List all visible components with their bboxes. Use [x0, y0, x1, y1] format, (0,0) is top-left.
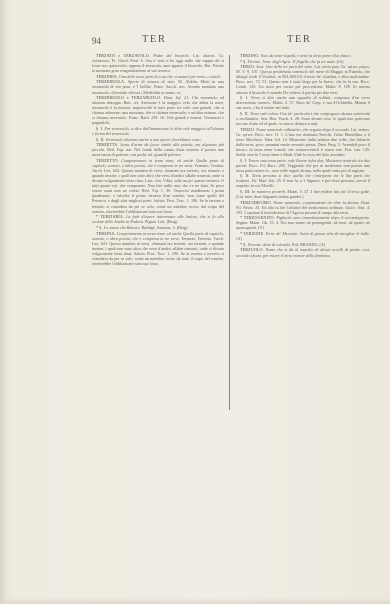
dictionary-entry: * §. Terzone, detto di colombi. Fed. BRA… [236, 242, 370, 247]
entry-citations: Red. Esp. nat. Nel fondo della canna d'u… [92, 147, 224, 157]
left-column: TERZATO e TERZAVOLO. Padre del bisavolo.… [92, 53, 224, 266]
entry-citations: Chi terzaruolo ed artimon rintoppa. Buti… [92, 95, 224, 125]
running-head-right: TER [287, 34, 311, 45]
dictionary-entry: TERZODECIMO. Nome numerale, comprendente… [236, 200, 370, 215]
running-head-left: TER [142, 34, 166, 45]
entry-citations: Pignor. Lett. (Berg) [145, 219, 177, 224]
entry-citations: Ternario, Terzina. Varch. Lez. 643. Ques… [92, 163, 224, 213]
dictionary-entry: TERZINO. Vaso da tener liquidi, e tiene … [236, 53, 370, 58]
dictionary-entry: TERZO. Nome numerale ordinativo, che seg… [236, 127, 370, 157]
dictionary-entry: §. II. Terza persona si dice quella che … [236, 173, 370, 188]
entry-citations: Fed. BRANDO. (A) [292, 242, 326, 247]
entry-definition: Lo stesso che Bizzoco. [104, 225, 141, 230]
dictionary-entry: * §. Terzino. Term. degli Agric. E flage… [236, 59, 370, 64]
dictionary-entry: TERZERIA. Una delle terze parti di cosa … [92, 74, 224, 79]
entry-citations: Fir. Mart. lett. 25. E non fu, a 'l Sign… [236, 178, 370, 188]
entry-definition: Term. de' Mercanti. Sorta di grossa tela… [266, 231, 370, 236]
dictionary-entry: TERZUOLO. Nome che si dà al maschio di a… [236, 247, 370, 257]
book-page: 94 TER TER TERZATO e TERZAVOLO. Padre de… [0, 0, 390, 604]
dictionary-entry: * TERZONE. Term. de' Mercanti. Sorta di … [236, 231, 370, 241]
dictionary-entry: §. II. Terzo vale talora Uno de' partico… [236, 111, 370, 126]
dictionary-entry: §. I. Far terzeruolo, si dice dall'ammai… [92, 126, 224, 136]
entry-headword: * §. [240, 59, 247, 64]
blank-page-area [0, 420, 390, 600]
dictionary-entry: TERZERUOLA. Specie di misura di vino. M.… [92, 79, 224, 94]
entry-headword: * §. [96, 225, 103, 230]
entry-headword: TERZERIA. [96, 74, 118, 79]
dictionary-entry: * §. Lo stesso che Bizzoco. Baldagl. Ann… [92, 225, 224, 230]
entry-citations: Bocc. Fil. Bucc. 280. Veggendo che per s… [236, 163, 370, 173]
dictionary-entry: TERZO. Sust. Una delle tre parti del tut… [236, 64, 370, 94]
dictionary-entry: §. I. Tenere una terza parte, vale Esser… [236, 158, 370, 173]
entry-headword: TERZINO. [240, 53, 260, 58]
entry-headword: * TERZONE. [240, 231, 264, 236]
dictionary-entry: * TERZOGENITO. Figliuolo nato immediatam… [236, 215, 370, 230]
page-number: 94 [92, 36, 101, 46]
entry-definition: Una delle terze parti di cosa che si num… [119, 74, 221, 79]
right-column: TERZINO. Vaso da tener liquidi, e tiene … [236, 53, 370, 258]
entry-citations: Lat. tertia pars. Gr. τρίτον μέρος. M. V… [236, 64, 370, 94]
dictionary-entry: TERZETTA. Sorta d'arme da fuoco simile a… [92, 142, 224, 157]
entry-headword: * §. [240, 242, 247, 247]
entry-citations: (Gi) [337, 59, 344, 64]
dictionary-entry: §. III. In maniera proverb. Malm. 5. 47.… [236, 189, 370, 199]
entry-definition: Terzone, detto di colombi. [248, 242, 291, 247]
entry-headword: §. II. [96, 137, 105, 142]
entry-definition: Terzino. Term. degli Agric. E flagello c… [248, 59, 336, 64]
dictionary-entry: §. II. Terzeruolo diciamo anche a una sp… [92, 137, 224, 142]
entry-definition: Terzeruolo diciamo anche a una specie d'… [106, 137, 202, 142]
entry-citations: Segner. Mann. Ott. 15. 4. Noi non siamo … [236, 220, 370, 230]
column-divider [229, 55, 230, 410]
dictionary-entry: TERZATO e TERZAVOLO. Padre del bisavolo.… [92, 53, 224, 73]
entry-definition: Vaso da tener liquidi, e tiene la terza … [261, 53, 352, 58]
entry-citations: Baldagl. Annotaz. 3. (Berg) [142, 225, 188, 230]
dictionary-entry: * TERZIARIA. La fede d'essere intervenut… [92, 214, 224, 224]
dictionary-entry: TERZERUOLO e TERZARUOLO. Dant. Inf. 21. … [92, 95, 224, 125]
entry-citations: Ternario, Terzetto. Varch. Lez. 643. Que… [92, 236, 224, 266]
entry-citations: Lat. tertius. Gr. τρίτος. Bocc. nov. 11.… [236, 127, 370, 157]
page-header: 94 TER TER [92, 34, 382, 50]
entry-definition: Far terzeruolo, si dice dall'ammainare l… [92, 126, 224, 136]
dictionary-entry: §. I. Terzo si dice anche una squadra di… [236, 95, 370, 110]
dictionary-entry: TERZETTO. Componimento in terza rima; ed… [92, 158, 224, 214]
entry-citations: (A) [236, 236, 242, 241]
dictionary-entry: TERZINA. Componimento in terza rima; ed … [92, 231, 224, 266]
